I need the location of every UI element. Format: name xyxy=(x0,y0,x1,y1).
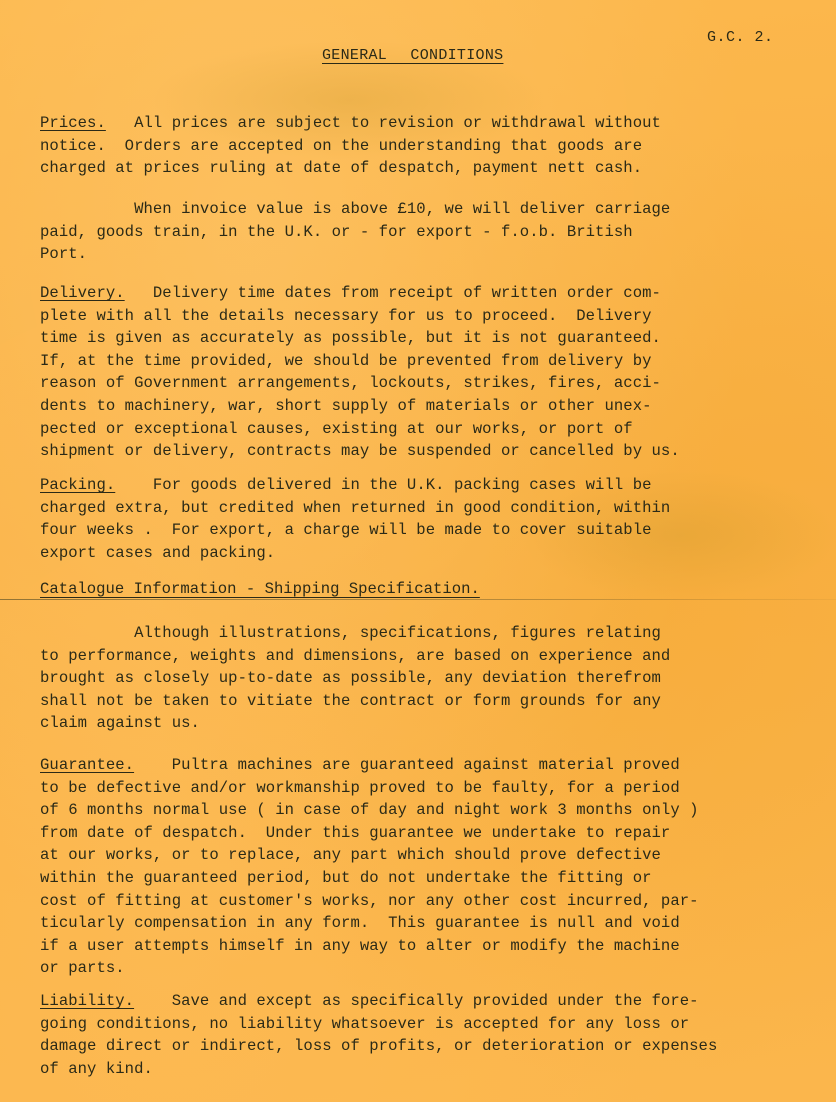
catalogue-line: to performance, weights and dimensions, … xyxy=(40,645,830,668)
liability-line: damage direct or indirect, loss of profi… xyxy=(40,1035,830,1058)
guarantee-line: if a user attempts himself in any way to… xyxy=(40,935,830,958)
prices-para2-line: Port. xyxy=(40,243,830,266)
section-packing: Packing. For goods delivered in the U.K.… xyxy=(40,474,830,564)
prices-line-1: Prices. All prices are subject to revisi… xyxy=(40,112,830,135)
guarantee-line: ticularly compensation in any form. This… xyxy=(40,912,830,935)
packing-line: export cases and packing. xyxy=(40,542,830,565)
document-title: GENERAL CONDITIONS xyxy=(322,47,503,64)
liability-line: going conditions, no liability whatsoeve… xyxy=(40,1013,830,1036)
packing-line: four weeks . For export, a charge will b… xyxy=(40,519,830,542)
section-liability: Liability. Save and except as specifical… xyxy=(40,990,830,1080)
packing-heading: Packing. xyxy=(40,476,115,494)
delivery-heading: Delivery. xyxy=(40,284,125,302)
prices-para2-line: When invoice value is above £10, we will… xyxy=(40,198,830,221)
delivery-line: If, at the time provided, we should be p… xyxy=(40,350,830,373)
liability-line: of any kind. xyxy=(40,1058,830,1081)
delivery-line: pected or exceptional causes, existing a… xyxy=(40,418,830,441)
prices-line: charged at prices ruling at date of desp… xyxy=(40,157,830,180)
guarantee-line: cost of fitting at customer's works, nor… xyxy=(40,890,830,913)
catalogue-line: Although illustrations, specifications, … xyxy=(40,622,830,645)
prices-line: notice. Orders are accepted on the under… xyxy=(40,135,830,158)
packing-line: charged extra, but credited when returne… xyxy=(40,497,830,520)
section-prices-carriage: When invoice value is above £10, we will… xyxy=(40,198,830,266)
fold-line xyxy=(0,599,836,600)
guarantee-line: to be defective and/or workmanship prove… xyxy=(40,777,830,800)
section-prices: Prices. All prices are subject to revisi… xyxy=(40,112,830,180)
guarantee-line: or parts. xyxy=(40,957,830,980)
catalogue-line: brought as closely up-to-date as possibl… xyxy=(40,667,830,690)
guarantee-line: of 6 months normal use ( in case of day … xyxy=(40,799,830,822)
guarantee-line: at our works, or to replace, any part wh… xyxy=(40,844,830,867)
guarantee-heading: Guarantee. xyxy=(40,756,134,774)
prices-heading: Prices. xyxy=(40,114,106,132)
delivery-line: time is given as accurately as possible,… xyxy=(40,327,830,350)
section-catalogue-body: Although illustrations, specifications, … xyxy=(40,622,830,735)
delivery-line: reason of Government arrangements, locko… xyxy=(40,372,830,395)
delivery-line: shipment or delivery, contracts may be s… xyxy=(40,440,830,463)
delivery-line: dents to machinery, war, short supply of… xyxy=(40,395,830,418)
guarantee-line: within the guaranteed period, but do not… xyxy=(40,867,830,890)
catalogue-line: claim against us. xyxy=(40,712,830,735)
document-code: G.C. 2. xyxy=(707,29,774,46)
prices-para2-line: paid, goods train, in the U.K. or - for … xyxy=(40,221,830,244)
catalogue-heading: Catalogue Information - Shipping Specifi… xyxy=(40,580,830,598)
section-catalogue: Catalogue Information - Shipping Specifi… xyxy=(40,580,830,598)
catalogue-line: shall not be taken to vitiate the contra… xyxy=(40,690,830,713)
section-guarantee: Guarantee. Pultra machines are guarantee… xyxy=(40,754,830,980)
delivery-line: plete with all the details necessary for… xyxy=(40,305,830,328)
section-delivery: Delivery. Delivery time dates from recei… xyxy=(40,282,830,463)
guarantee-line: from date of despatch. Under this guaran… xyxy=(40,822,830,845)
liability-heading: Liability. xyxy=(40,992,134,1010)
